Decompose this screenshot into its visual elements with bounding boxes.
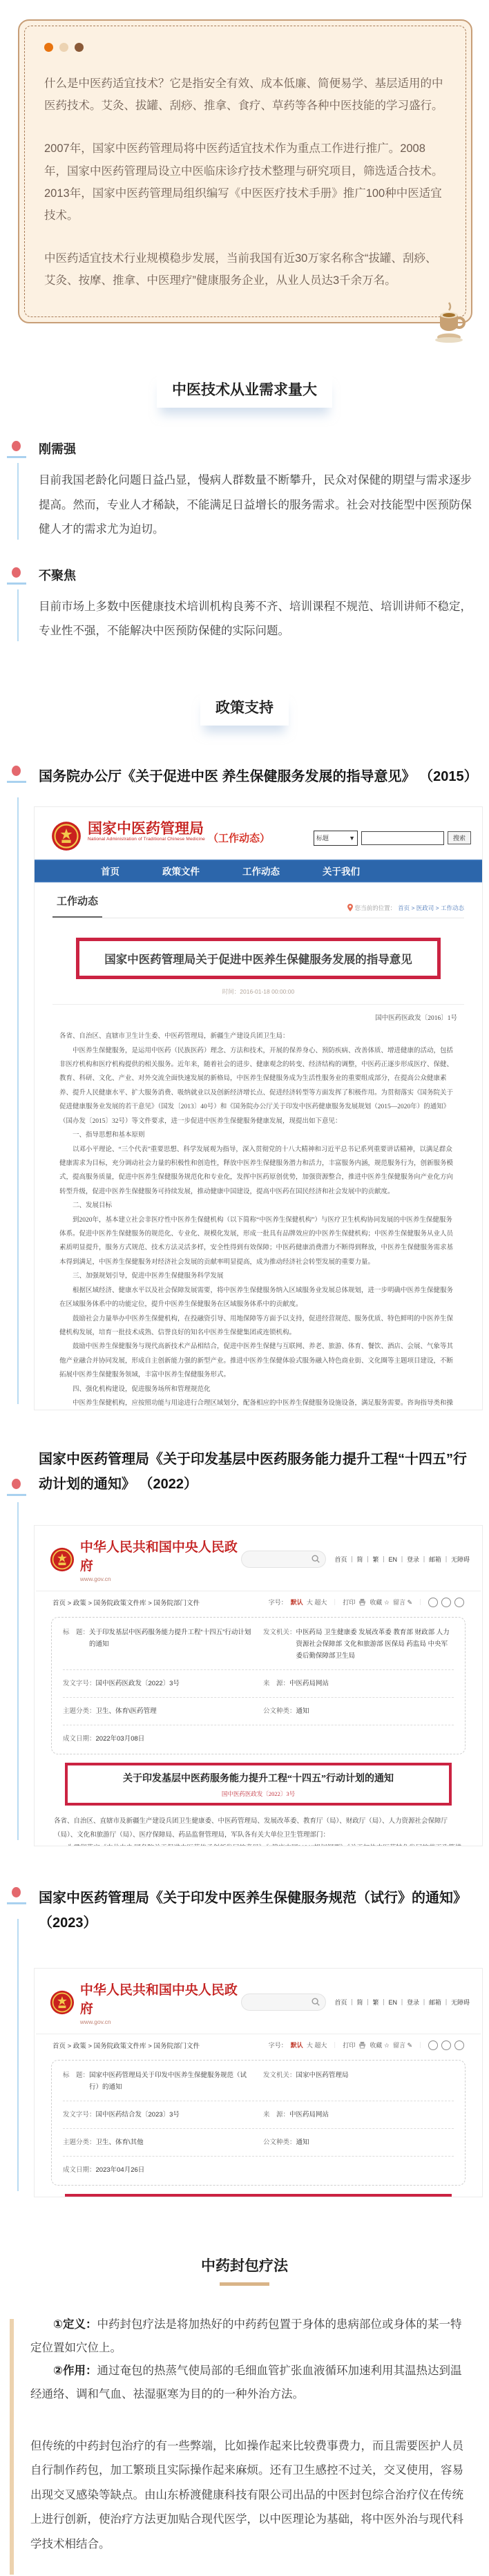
- doc-paragraph: 四、强化机构建设，促进服务场所和管理规范化: [59, 1383, 457, 1396]
- nav-work-news[interactable]: 工作动态: [242, 864, 280, 878]
- search-icon: [311, 1997, 320, 2007]
- gov-header: 中华人民共和国中央人民政府 www.gov.cn 首页 ｜ 简 ｜ 繁 ｜ EN…: [35, 1969, 482, 2034]
- bullet-dot-icon: [12, 1479, 21, 1489]
- gov-site-title: 中华人民共和国中央人民政府: [80, 1537, 242, 1574]
- gov-breadcrumb-row: 首页 > 政策 > 国务院政策文件库 > 国务院部门文件 字号： 默认 大 超大…: [36, 1591, 481, 1613]
- dot-brown-icon: [75, 43, 84, 52]
- bullet-vline: [17, 797, 19, 1404]
- bullet-underline: [7, 781, 26, 783]
- site-search: 标题▼ 搜索: [314, 831, 471, 846]
- meta-type: 公文种类：通知: [263, 2137, 454, 2148]
- bullet-label: 刚需强: [39, 439, 477, 457]
- meta-row: 主题分类：卫生、体育\其他 公文种类：通知: [63, 2129, 454, 2157]
- screenshot-natcm-site: 国家中医药管理局 National Administration of Trad…: [35, 807, 482, 1410]
- breadcrumb[interactable]: 首页 > 政策 > 国务院政策文件库 > 国务院部门文件: [52, 2040, 200, 2050]
- doc-paragraph: 中医养生保健机构，应按照功能与用途进行合理区域划分，配备相应的中医养生保健服务设…: [59, 1396, 457, 1410]
- doc-salutation: 各省、自治区、直辖市卫生计生委、中医药管理局，新疆生产建设兵团卫生局：: [59, 1030, 457, 1043]
- policy-2022: 国家中医药管理局《关于印发基层中医药服务能力提升工程“十四五”行动计划的通知》 …: [0, 1447, 477, 1846]
- comment-button[interactable]: 留言 ✎: [393, 1598, 412, 1607]
- national-emblem-icon: [50, 1546, 75, 1573]
- doc-title-redbox: 国家中医药管理局关于印发中医养生保健服务规范（试行）的通知 国中医药结合发〔20…: [65, 2194, 452, 2197]
- meta-row: 发文字号：国中医药医政发〔2022〕3号 来 源：中医药局网站: [63, 1670, 454, 1698]
- section-policy-heading: 政策支持: [0, 691, 489, 726]
- share-weibo-icon[interactable]: [441, 2040, 451, 2050]
- meta-type: 公文种类：通知: [263, 1705, 454, 1717]
- tab-row: 工作动态 您当前的位置： 首页 > 医政司 > 工作动态: [52, 893, 464, 918]
- nav-home[interactable]: 首页: [101, 864, 119, 878]
- policy-2015: 国务院办公厅《关于促进中医 养生保健服务发展的指导意见》 （2015） 国家中医…: [0, 764, 477, 1410]
- bullet-rigid-demand: 刚需强 目前我国老龄化问题日益凸显，慢病人群数量不断攀升，民众对保健的期望与需求…: [0, 439, 477, 542]
- bullet-vline: [17, 463, 19, 539]
- doc-number: 国中医药医政发〔2016〕1号: [59, 1012, 457, 1025]
- gov-toolbar: 字号： 默认 大 超大 ｜ 打印 收藏 ☆ 留言 ✎ ｜: [269, 2040, 464, 2050]
- meta-category: 主题分类：卫生、体育\医药管理: [63, 1705, 253, 1717]
- doc-paragraph: 二、发展目标: [59, 1199, 457, 1213]
- gov-header: 中华人民共和国中央人民政府 www.gov.cn 首页 ｜ 简 ｜ 繁 ｜ EN…: [35, 1526, 482, 1591]
- intro-card-inner: 什么是中医药适宜技术？它是指安全有效、成本低廉、简便易学、基层适用的中医药技术。…: [24, 26, 466, 317]
- printer-icon[interactable]: [358, 1598, 366, 1606]
- bullet-text: 目前我国老龄化问题日益凸显，慢病人群数量不断攀升，民众对保健的期望与需求逐步提高…: [39, 468, 477, 542]
- meta-number: 发文字号：国中医药结合发〔2023〕3号: [63, 2109, 253, 2121]
- gov-search-input[interactable]: [241, 1993, 326, 2011]
- favorite-button[interactable]: 收藏 ☆: [370, 1598, 390, 1607]
- effect-label: ②作用：: [53, 2365, 97, 2377]
- doc-body: 国中医药医政发〔2016〕1号 各省、自治区、直辖市卫生计生委、中医药管理局，新…: [52, 1012, 464, 1410]
- meta-title: 标 题：国家中医药管理局关于印发中医养生保健服务规范（试行）的通知: [63, 2070, 253, 2093]
- therapy-definition: ①定义：中药封包疗法是将加热好的中药药包置于身体的患病部位或身体的某一特定位置如…: [30, 2313, 471, 2360]
- printer-icon[interactable]: [358, 2041, 366, 2049]
- meta-date: 成文日期：2022年03月08日: [63, 1733, 454, 1745]
- breadcrumb[interactable]: 首页 > 政策 > 国务院政策文件库 > 国务院部门文件: [52, 1598, 200, 1607]
- heading-underline-bar: [220, 2282, 269, 2286]
- doc-date: 时间：2016-01-18 00:00:00: [52, 987, 464, 996]
- gov-top-links[interactable]: 首页 ｜ 简 ｜ 繁 ｜ EN ｜ 登录 ｜ 邮箱 ｜ 无障碍: [334, 1555, 470, 1564]
- meta-issuer: 发文机关：中医药局 卫生健康委 发展改革委 教育部 财政部 人力资源社会保障部 …: [263, 1627, 454, 1662]
- meta-number: 发文字号：国中医药医政发〔2022〕3号: [63, 1678, 253, 1689]
- font-size-options[interactable]: 大 超大: [307, 1598, 327, 1607]
- meta-source: 来 源：中医药局网站: [263, 2109, 454, 2121]
- doc-salutation: 各省、自治区、直辖市及新疆生产建设兵团卫生健康委、中医药管理局、发展改革委、教育…: [54, 1815, 463, 1842]
- font-size-label: 字号：: [269, 1598, 287, 1607]
- tab-work-news[interactable]: 工作动态: [52, 893, 102, 918]
- site-title-en: National Administration of Traditional C…: [88, 837, 205, 842]
- share-more-icon[interactable]: [454, 2040, 464, 2050]
- bullet-unfocused: 不聚焦 目前市场上多数中医健康技术培训机构良莠不齐、培训课程不规范、培训讲师不稳…: [0, 566, 477, 644]
- meta-date: 成文日期：2023年04月26日: [63, 2164, 454, 2176]
- intro-paragraph-1: 什么是中医药适宜技术？它是指安全有效、成本低廉、简便易学、基层适用的中医药技术。…: [44, 73, 446, 117]
- doc-paragraph: 鼓励社会力量举办中医养生保健机构，在投融资引导、用地保障等方面予以支持，促进经营…: [59, 1312, 457, 1341]
- print-button[interactable]: 打印: [343, 2040, 355, 2049]
- divider: ｜: [332, 1598, 338, 1607]
- font-size-default[interactable]: 默认: [291, 1598, 303, 1607]
- doc-meta-table: 标 题：国家中医药管理局关于印发中医养生保健服务规范（试行）的通知 发文机关：国…: [51, 2060, 466, 2186]
- gov-breadcrumb-row: 首页 > 政策 > 国务院政策文件库 > 国务院部门文件 字号： 默认 大 超大…: [36, 2034, 481, 2056]
- doc-paragraph: 三、加强规划引导，促进中医养生保健服务科学发展: [59, 1269, 457, 1283]
- doc-paragraph: 到2020年，基本建立社会非医疗性中医养生保健机构（以下简称“中医养生保健机构”…: [59, 1213, 457, 1270]
- policy-heading: 国家中医药管理局《关于印发基层中医药服务能力提升工程“十四五”行动计划的通知》 …: [39, 1447, 477, 1497]
- gov-title-block: 中华人民共和国中央人民政府 www.gov.cn: [80, 1980, 242, 2025]
- gov-toolbar: 字号： 默认 大 超大 ｜ 打印 收藏 ☆ 留言 ✎ ｜: [269, 1598, 464, 1607]
- gov-site-url: www.gov.cn: [80, 2018, 242, 2025]
- bullet-dot-icon: [12, 1887, 21, 1897]
- gov-search-input[interactable]: [241, 1551, 326, 1568]
- intro-paragraph-3: 中医药适宜技术行业规模稳步发展，当前我国有近30万家名称含“拔罐、刮痧、艾灸、按…: [44, 247, 446, 292]
- national-emblem-icon: [50, 1989, 75, 2016]
- meta-issuer: 发文机关：国家中医药管理局: [263, 2070, 454, 2093]
- intro-paragraph-2: 2007年，国家中医药管理局将中医药适宜技术作为重点工作进行推广。2008年，国…: [44, 138, 446, 227]
- section-title: 中医技术从业需求量大: [157, 373, 332, 408]
- natcm-navbar: 首页 政策文件 工作动态 关于我们: [35, 860, 482, 882]
- font-size-label: 字号：: [269, 2040, 287, 2049]
- doc-title-redbox: 关于印发基层中医药服务能力提升工程“十四五”行动计划的通知 国中医药医政发〔20…: [65, 1763, 452, 1806]
- meta-source: 来 源：中医药局网站: [263, 1678, 454, 1689]
- print-button[interactable]: 打印: [343, 1598, 355, 1607]
- meta-row: 发文字号：国中医药结合发〔2023〕3号 来 源：中医药局网站: [63, 2101, 454, 2129]
- window-dots: [44, 43, 446, 52]
- meta-row: 主题分类：卫生、体育\医药管理 公文种类：通知: [63, 1698, 454, 1725]
- section-demand-heading: 中医技术从业需求量大: [0, 373, 489, 408]
- bullet-vline: [17, 1502, 19, 1840]
- meta-row: 标 题：国家中医药管理局关于印发中医养生保健服务规范（试行）的通知 发文机关：国…: [63, 2062, 454, 2101]
- meta-row: 成文日期：2023年04月26日: [63, 2157, 454, 2184]
- font-size-default[interactable]: 默认: [291, 2040, 303, 2049]
- dot-tan-icon: [59, 43, 68, 52]
- nav-policy-files[interactable]: 政策文件: [162, 864, 200, 878]
- favorite-button[interactable]: 收藏 ☆: [370, 2040, 390, 2049]
- doc-paragraph: 一、指导思想和基本原则: [59, 1128, 457, 1142]
- doc-paragraph: 根据区域经济、健康水平以及社会保障发展需要，将中医养生保健服务纳入区域服务业发展…: [59, 1284, 457, 1312]
- location-breadcrumb: 您当前的位置： 首页 > 医政司 > 工作动态: [347, 904, 464, 918]
- therapy-effect: ②作用：通过奄包的热蒸气使局部的毛细血管扩张血液循环加速利用其温热达到温经通络、…: [30, 2360, 471, 2407]
- bullet-underline: [7, 1494, 26, 1496]
- coffee-cup-icon: [431, 301, 467, 345]
- bullet-underline: [7, 583, 26, 585]
- bullet-dot-icon: [12, 766, 21, 776]
- divider: ｜: [417, 1598, 423, 1607]
- bullet-vline: [17, 1919, 19, 2191]
- doc-meta-table: 标 题：关于印发基层中医药服务能力提升工程“十四五”行动计划的通知 发文机关：中…: [51, 1617, 466, 1755]
- definition-label: ①定义：: [53, 2318, 97, 2331]
- section-therapy-heading: 中药封包疗法: [0, 2249, 489, 2286]
- meta-title: 标 题：关于印发基层中医药服务能力提升工程“十四五”行动计划的通知: [63, 1627, 253, 1662]
- share-wechat-icon[interactable]: [428, 2040, 438, 2050]
- bullet-text: 目前市场上多数中医健康技术培训机构良莠不齐、培训课程不规范、培训讲师不稳定，专业…: [39, 595, 477, 644]
- search-scope-select[interactable]: 标题▼: [314, 831, 358, 846]
- natcm-title-block: 国家中医药管理局 National Administration of Trad…: [88, 821, 205, 842]
- doc-paragraph: 为贯彻落实《中共中央 国务院关于促进中医药传承创新发展的意见》《“健康中国203…: [54, 1842, 463, 1846]
- font-size-options[interactable]: 大 超大: [307, 2040, 327, 2049]
- policy-heading: 国务院办公厅《关于促进中医 养生保健服务发展的指导意见》 （2015）: [39, 764, 477, 789]
- doc-paragraph: 以邓小平理论、“三个代表”重要思想、科学发展观为指导，深入贯彻党的十八大精神和习…: [59, 1143, 457, 1200]
- dot-orange-icon: [44, 43, 53, 52]
- share-weibo-icon[interactable]: [441, 1598, 451, 1607]
- bullet-dot-icon: [12, 441, 21, 451]
- policy-2023: 国家中医药管理局《关于印发中医养生保健服务规范（试行》的通知》 （2023） 中…: [0, 1886, 477, 2197]
- divider: ｜: [417, 2040, 423, 2049]
- doc-number: 国中医药医政发〔2022〕3号: [76, 1790, 441, 1798]
- doc-title-redbox: 国家中医药管理局关于促进中医养生保健服务发展的指导意见: [76, 938, 441, 979]
- left-accent-bar: [10, 2319, 14, 2575]
- chevron-down-icon: ▼: [349, 835, 355, 842]
- share-more-icon[interactable]: [454, 1598, 464, 1607]
- meta-row: 标 题：关于印发基层中医药服务能力提升工程“十四五”行动计划的通知 发文机关：中…: [63, 1619, 454, 1670]
- article-page: 什么是中医药适宜技术？它是指安全有效、成本低廉、简便易学、基层适用的中医药技术。…: [0, 0, 489, 2576]
- divider: [52, 1004, 464, 1005]
- site-title: 国家中医药管理局: [88, 821, 205, 837]
- intro-card: 什么是中医药适宜技术？它是指安全有效、成本低廉、简便易学、基层适用的中医药技术。…: [18, 19, 472, 323]
- natcm-header: 国家中医药管理局 National Administration of Trad…: [35, 807, 482, 860]
- therapy-section: ①定义：中药封包疗法是将加热好的中药药包置于身体的患病部位或身体的某一特定位置如…: [0, 2313, 489, 2576]
- comment-button[interactable]: 留言 ✎: [393, 2040, 412, 2049]
- bullet-vline: [17, 589, 19, 641]
- share-wechat-icon[interactable]: [428, 1598, 438, 1607]
- bullet-label: 不聚焦: [39, 566, 477, 584]
- meta-category: 主题分类：卫生、体育\其他: [63, 2137, 253, 2148]
- bullet-underline: [7, 1902, 26, 1904]
- gov-title-block: 中华人民共和国中央人民政府 www.gov.cn: [80, 1537, 242, 1582]
- section-title: 中药封包疗法: [186, 2249, 303, 2275]
- location-pin-icon: [347, 904, 353, 911]
- screenshot-gov-2023: 中华人民共和国中央人民政府 www.gov.cn 首页 ｜ 简 ｜ 繁 ｜ EN…: [35, 1969, 482, 2197]
- bullet-underline: [7, 456, 26, 458]
- page-tag: （工作动态）: [208, 831, 270, 845]
- doc-paragraph: 中医养生保健服务，是运用中医药（民族医药）理念、方法和技术，开展的保养身心、预防…: [59, 1044, 457, 1129]
- search-button[interactable]: 搜索: [448, 831, 471, 844]
- section-title: 政策支持: [200, 691, 289, 726]
- divider: ｜: [332, 2040, 338, 2049]
- breadcrumb-links[interactable]: 首页 > 医政司 > 工作动态: [398, 904, 464, 912]
- doc-paragraph: 鼓励中医养生保健服务与现代高新技术产品相结合，促进中医养生保健与互联网、养老、旅…: [59, 1340, 457, 1382]
- doc-body: 各省、自治区、直辖市及新疆生产建设兵团卫生健康委、中医药管理局、发展改革委、教育…: [35, 1815, 482, 1845]
- gov-top-links[interactable]: 首页 ｜ 简 ｜ 繁 ｜ EN ｜ 登录 ｜ 邮箱 ｜ 无障碍: [334, 1998, 470, 2007]
- nav-about[interactable]: 关于我们: [323, 864, 360, 878]
- meta-row: 成文日期：2022年03月08日: [63, 1725, 454, 1752]
- gov-site-url: www.gov.cn: [80, 1575, 242, 1582]
- national-emblem-icon: [51, 821, 81, 851]
- bullet-dot-icon: [12, 567, 21, 578]
- screenshot-gov-2022: 中华人民共和国中央人民政府 www.gov.cn 首页 ｜ 简 ｜ 繁 ｜ EN…: [35, 1526, 482, 1846]
- doc-title: 关于印发基层中医药服务能力提升工程“十四五”行动计划的通知: [76, 1772, 441, 1786]
- natcm-content: 工作动态 您当前的位置： 首页 > 医政司 > 工作动态 国家中医药管理局关于促…: [35, 882, 482, 1410]
- gov-site-title: 中华人民共和国中央人民政府: [80, 1980, 242, 2017]
- policy-heading: 国家中医药管理局《关于印发中医养生保健服务规范（试行》的通知》 （2023）: [39, 1886, 477, 1935]
- search-input[interactable]: [361, 831, 444, 845]
- therapy-closing: 但传统的中药封包治疗的有一些弊端，比如操作起来比较费事费力，而且需要医护人员自行…: [30, 2434, 471, 2557]
- search-icon: [311, 1554, 320, 1564]
